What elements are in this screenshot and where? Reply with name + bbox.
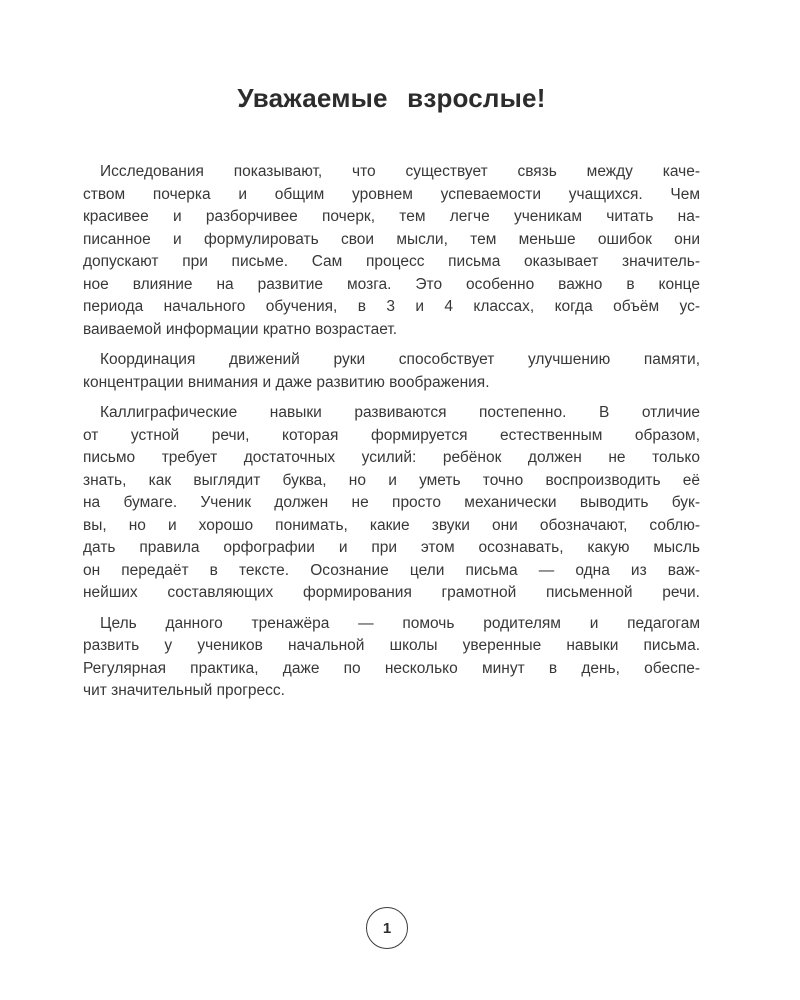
paragraph: Исследования показывают, что существует … [83,161,700,341]
text-line: допускают при письме. Сам процесс письма… [83,251,700,274]
text-line: на бумаге. Ученик должен не просто механ… [83,492,700,515]
page-number: 1 [383,920,391,937]
text-line: знать, как выглядит буква, но и уметь то… [83,470,700,493]
text-line: Цель данного тренажёра — помочь родителя… [83,613,700,636]
text-line: вы, но и хорошо понимать, какие звуки он… [83,515,700,538]
text-line: Исследования показывают, что существует … [83,161,700,184]
text-line: ством почерка и общим уровнем успеваемос… [83,184,700,207]
text-line: красивее и разборчивее почерк, тем легче… [83,206,700,229]
text-line: писанное и формулировать свои мысли, тем… [83,229,700,252]
page-number-badge: 1 [366,907,408,949]
text-line: Регулярная практика, даже по несколько м… [83,658,700,681]
paragraph: Координация движений руки способствует у… [83,349,700,394]
text-line: ваиваемой информации кратно возрастает. [83,319,700,342]
paragraph: Цель данного тренажёра — помочь родителя… [83,613,700,703]
text-line: периода начального обучения, в 3 и 4 кла… [83,296,700,319]
text-line: дать правила орфографии и при этом осозн… [83,537,700,560]
text-line: концентрации внимания и даже развитию во… [83,372,700,395]
page-title: Уважаемые взрослые! [83,83,700,113]
text-line: письмо требует достаточных усилий: ребён… [83,447,700,470]
text-line: развить у учеников начальной школы увере… [83,635,700,658]
text-line: нейших составляющих формирования грамотн… [83,582,700,605]
paragraph: Каллиграфические навыки развиваются пост… [83,402,700,605]
text-line: он передаёт в тексте. Осознание цели пис… [83,560,700,583]
text-line: от устной речи, которая формируется есте… [83,425,700,448]
book-page: Уважаемые взрослые! Исследования показыв… [0,0,800,1000]
text-line: Каллиграфические навыки развиваются пост… [83,402,700,425]
text-line: чит значительный прогресс. [83,680,700,703]
page-content: Уважаемые взрослые! Исследования показыв… [83,0,700,703]
text-line: Координация движений руки способствует у… [83,349,700,372]
text-line: ное влияние на развитие мозга. Это особе… [83,274,700,297]
